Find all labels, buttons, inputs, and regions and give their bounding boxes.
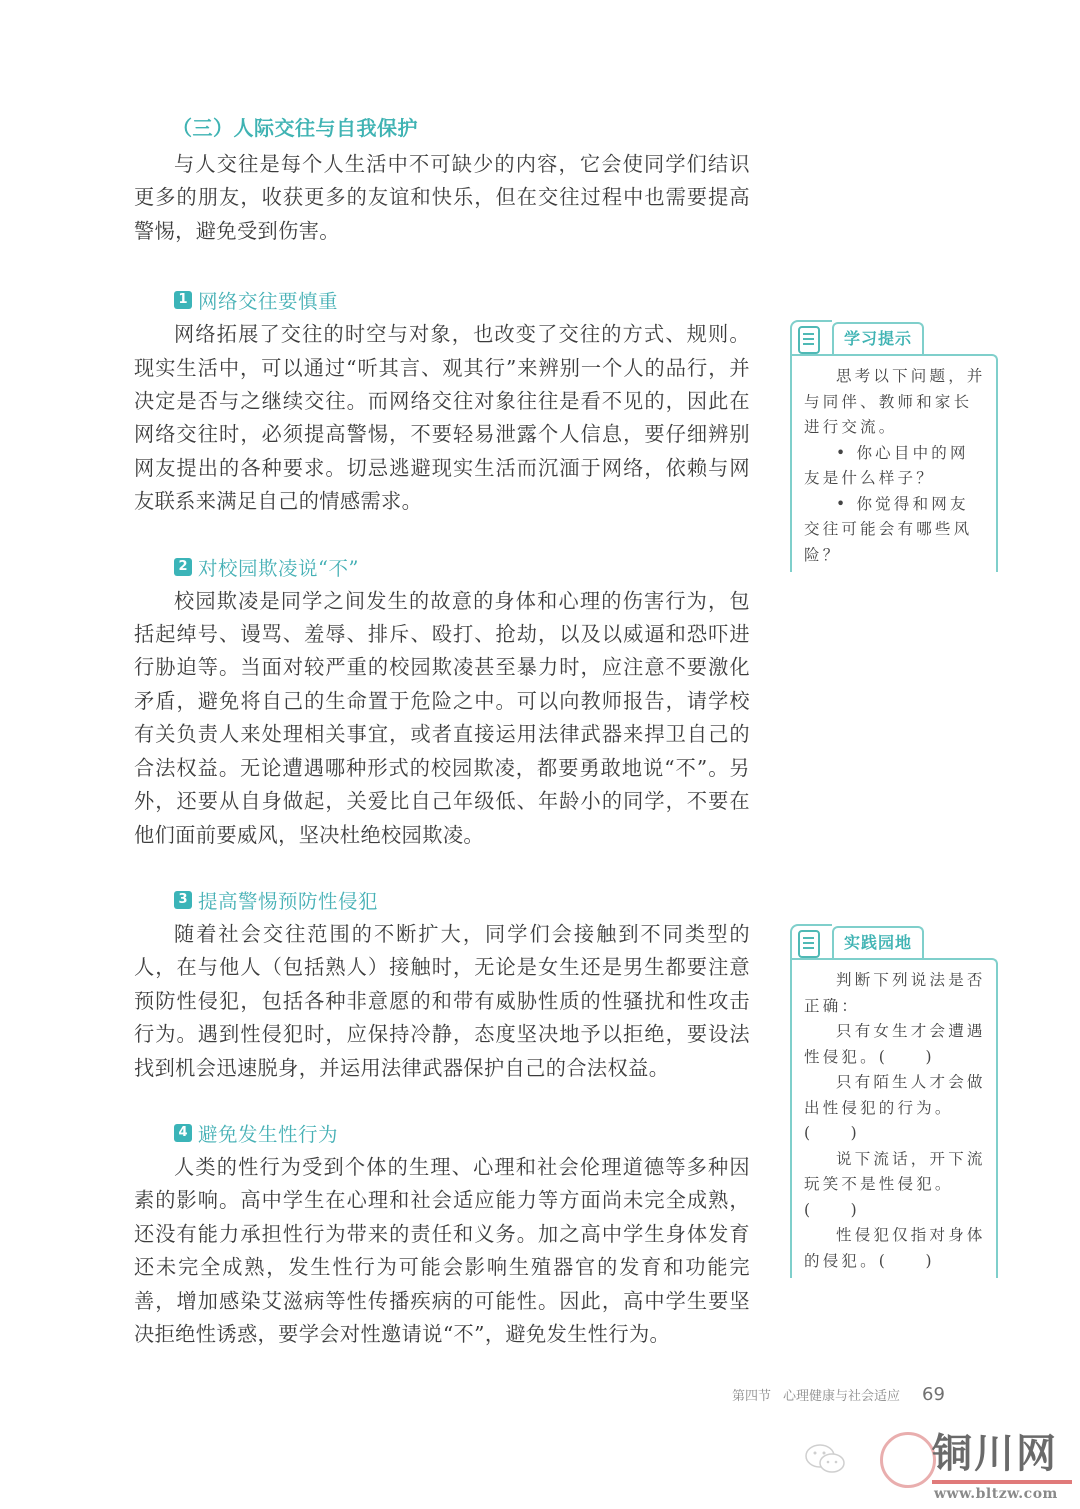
watermark-url: www.bltzw.com bbox=[934, 1486, 1058, 1502]
subsection-body: 校园欺凌是同学之间发生的故意的身体和心理的伤害行为，包括起绰号、谩骂、羞辱、排斥… bbox=[134, 585, 750, 852]
subsection-heading: 2 对校园欺凌说“不” bbox=[174, 551, 750, 583]
page-footer: 第四节 心理健康与社会适应 69 bbox=[732, 1384, 945, 1405]
subsection-heading: 4 避免发生性行为 bbox=[174, 1117, 750, 1149]
study-tip-bullet: 你觉得和网友交往可能会有哪些风险？ bbox=[804, 492, 986, 569]
section-intro: 与人交往是每个人生活中不可缺少的内容，它会使同学们结识更多的朋友，收获更多的友谊… bbox=[134, 148, 750, 248]
practice-body: 判断下列说法是否正确： 只有女生才会遭遇性侵犯。( ) 只有陌生人才会做出性侵犯… bbox=[790, 958, 998, 1278]
subsection-1: 1 网络交往要慎重 网络拓展了交往的时空与对象，也改变了交往的方式、规则。现实生… bbox=[134, 284, 750, 518]
subsection-title: 避免发生性行为 bbox=[198, 1119, 338, 1147]
study-tip-header: 学习提示 bbox=[790, 320, 998, 356]
subsection-4: 4 避免发生性行为 人类的性行为受到个体的生理、心理和社会伦理道德等多种因素的影… bbox=[134, 1117, 750, 1351]
subsection-title: 网络交往要慎重 bbox=[198, 286, 338, 314]
subsection-body: 网络拓展了交往的时空与对象，也改变了交往的方式、规则。现实生活中，可以通过“听其… bbox=[134, 318, 750, 518]
notebook-icon bbox=[798, 326, 820, 354]
number-badge: 4 bbox=[174, 1124, 192, 1142]
study-tip-label: 学习提示 bbox=[832, 322, 924, 354]
practice-item: 性侵犯仅指对身体的侵犯。( ) bbox=[804, 1223, 986, 1274]
watermark-brand: 铜川网 bbox=[932, 1430, 1058, 1478]
number-badge: 3 bbox=[174, 891, 192, 909]
subsection-body: 随着社会交往范围的不断扩大，同学们会接触到不同类型的人，在与他人（包括熟人）接触… bbox=[134, 918, 750, 1085]
footer-chapter: 第四节 bbox=[732, 1385, 771, 1404]
practice-box: 实践园地 判断下列说法是否正确： 只有女生才会遭遇性侵犯。( ) 只有陌生人才会… bbox=[790, 924, 998, 1278]
practice-item: 说下流话，开下流玩笑不是性侵犯。( ) bbox=[804, 1147, 986, 1224]
study-tip-intro: 思考以下问题，并与同伴、教师和家长进行交流。 bbox=[804, 364, 986, 441]
study-tip-body: 思考以下问题，并与同伴、教师和家长进行交流。 你心目中的网友是什么样子？ 你觉得… bbox=[790, 354, 998, 572]
section-title: （三）人际交往与自我保护 bbox=[172, 112, 750, 144]
practice-header: 实践园地 bbox=[790, 924, 998, 960]
study-tip-box: 学习提示 思考以下问题，并与同伴、教师和家长进行交流。 你心目中的网友是什么样子… bbox=[790, 320, 998, 572]
practice-intro: 判断下列说法是否正确： bbox=[804, 968, 986, 1019]
subsection-heading: 3 提高警惕预防性侵犯 bbox=[174, 884, 750, 916]
footer-title: 心理健康与社会适应 bbox=[783, 1385, 900, 1404]
practice-label: 实践园地 bbox=[832, 926, 924, 958]
number-badge: 1 bbox=[174, 291, 192, 309]
subsection-body: 人类的性行为受到个体的生理、心理和社会伦理道德等多种因素的影响。高中学生在心理和… bbox=[134, 1151, 750, 1351]
seal-logo-icon bbox=[880, 1432, 936, 1488]
number-badge: 2 bbox=[174, 558, 192, 576]
practice-item: 只有女生才会遭遇性侵犯。( ) bbox=[804, 1019, 986, 1070]
textbook-page: （三）人际交往与自我保护 与人交往是每个人生活中不可缺少的内容，它会使同学们结识… bbox=[0, 0, 1080, 1509]
subsection-2: 2 对校园欺凌说“不” 校园欺凌是同学之间发生的故意的身体和心理的伤害行为，包括… bbox=[134, 551, 750, 852]
study-tip-bullet: 你心目中的网友是什么样子？ bbox=[804, 441, 986, 492]
practice-item: 只有陌生人才会做出性侵犯的行为。( ) bbox=[804, 1070, 986, 1147]
page-number: 69 bbox=[922, 1384, 945, 1405]
subsection-title: 提高警惕预防性侵犯 bbox=[198, 886, 378, 914]
site-watermark: 铜川网 www.bltzw.com bbox=[870, 1430, 1080, 1509]
main-column: （三）人际交往与自我保护 与人交往是每个人生活中不可缺少的内容，它会使同学们结识… bbox=[134, 112, 750, 1383]
subsection-3: 3 提高警惕预防性侵犯 随着社会交往范围的不断扩大，同学们会接触到不同类型的人，… bbox=[134, 884, 750, 1085]
subsection-title: 对校园欺凌说“不” bbox=[198, 553, 359, 581]
notebook-pen-icon bbox=[798, 930, 820, 958]
wechat-icon bbox=[804, 1442, 848, 1476]
subsection-heading: 1 网络交往要慎重 bbox=[174, 284, 750, 316]
